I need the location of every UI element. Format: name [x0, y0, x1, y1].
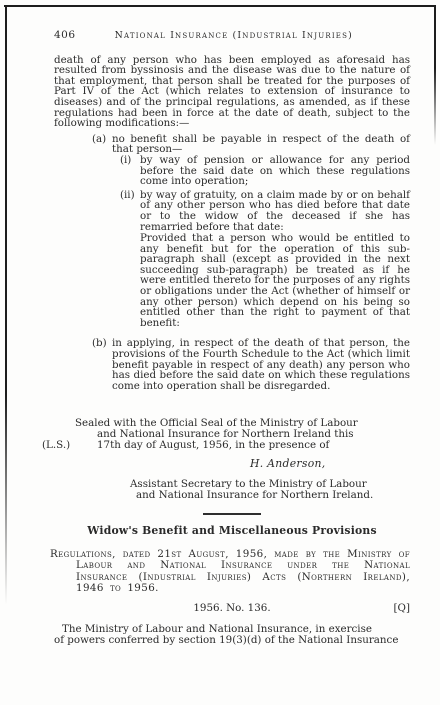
sealing-line-3-text: 17th day of August, 1956, in the presenc… — [97, 439, 329, 451]
sealing-line-3: (L.S.) 17th day of August, 1956, in the … — [54, 440, 410, 451]
citation-row: 1956. No. 136. [Q] — [54, 603, 410, 614]
scan-border-right — [434, 5, 436, 145]
sub-paragraph-a-body: no benefit shall be payable in respect o… — [112, 134, 410, 333]
clause-i-label: (i) — [120, 155, 140, 187]
corner-mark: [Q] — [394, 603, 410, 614]
closing-paragraph: The Ministry of Labour and National Insu… — [54, 624, 410, 645]
sub-paragraph-a-label: (a) — [92, 134, 112, 333]
locus-sigilli-mark: (L.S.) — [42, 440, 70, 451]
sub-paragraph-a-text: no benefit shall be payable in respect o… — [112, 134, 410, 155]
scan-border-left — [5, 5, 7, 605]
page-content: 406 National Insurance (Industrial Injur… — [54, 30, 410, 646]
section-heading: Widow's Benefit and Miscellaneous Provis… — [54, 526, 410, 537]
scan-border-top — [4, 5, 436, 7]
proviso-paragraph: Provided that a person who would be enti… — [140, 233, 410, 328]
sub-paragraph-b-text: in applying, in respect of the death of … — [112, 338, 410, 391]
opening-paragraph: death of any person who has been employe… — [54, 55, 410, 129]
signatory-title-line-2: and National Insurance for Northern Irel… — [130, 490, 410, 501]
scanned-document-page: 406 National Insurance (Industrial Injur… — [0, 0, 440, 705]
running-title: National Insurance (Industrial Injuries) — [76, 31, 410, 42]
signature-name: H. Anderson, — [54, 459, 410, 470]
signatory-title: Assistant Secretary to the Ministry of L… — [54, 479, 410, 501]
sealing-clause: Sealed with the Official Seal of the Min… — [54, 418, 410, 450]
clause-ii-label: (ii) — [120, 190, 140, 329]
clause-ii: (ii) by way of gratuity, on a claim made… — [112, 190, 410, 329]
clause-i: (i) by way of pension or allowance for a… — [112, 155, 410, 187]
sub-paragraph-b: (b) in applying, in respect of the death… — [54, 338, 410, 391]
page-header: 406 National Insurance (Industrial Injur… — [54, 30, 410, 42]
page-number: 406 — [54, 30, 76, 41]
sub-paragraph-b-label: (b) — [92, 338, 112, 391]
clause-i-text: by way of pension or allowance for any p… — [140, 155, 410, 187]
section-divider-rule — [203, 513, 261, 515]
sub-paragraph-a: (a) no benefit shall be payable in respe… — [54, 134, 410, 333]
clause-ii-text: by way of gratuity, on a claim made by o… — [140, 190, 410, 232]
regulations-note: Regulations, dated 21st August, 1956, ma… — [54, 549, 410, 595]
closing-paragraph-line-2: of powers conferred by section 19(3)(d) … — [54, 635, 410, 646]
citation-number: 1956. No. 136. — [193, 602, 270, 614]
